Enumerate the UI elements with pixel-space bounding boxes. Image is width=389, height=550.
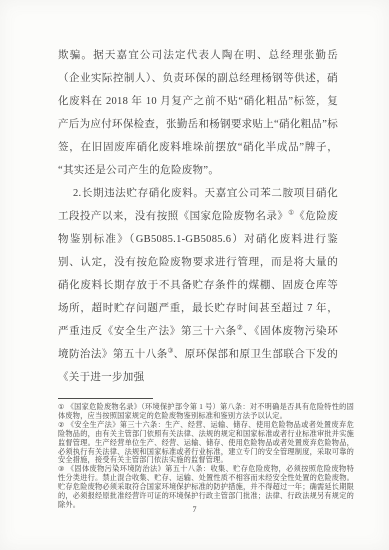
footnote-2-text: 《安全生产法》第三十六条：生产、经营、运输、储存、使用危险物品或者处置废弃危险物…: [58, 421, 354, 465]
footnote-2-marker: ②: [58, 421, 65, 429]
footnotes-block: ①《国家危险废物名录》（环境保护部令第 1 号）第八条：对不明确是否具有危险特性…: [58, 403, 354, 510]
footnote-1-marker: ①: [58, 403, 65, 411]
footnote-3: ③《固体废物污染环境防治法》第五十八条：收集、贮存危险废物，必须按照危险废物特性…: [58, 465, 354, 510]
main-text-block: 欺骗。据天嘉宜公司法定代表人陶在明、总经理张勤岳（企业实际控制人）、负责环保的副…: [58, 44, 338, 389]
page-number: 7: [0, 505, 389, 514]
footnote-2: ②《安全生产法》第三十六条：生产、经营、运输、储存、使用危险物品或者处置废弃危险…: [58, 421, 354, 466]
body-paragraph-continuation: 欺骗。据天嘉宜公司法定代表人陶在明、总经理张勤岳（企业实际控制人）、负责环保的副…: [58, 44, 338, 182]
footnote-1: ①《国家危险废物名录》（环境保护部令第 1 号）第八条：对不明确是否具有危险特性…: [58, 403, 354, 421]
footnote-separator-rule: [58, 398, 153, 399]
paragraph-text-segment: 《危险废物鉴别标准》（GB5085.1-GB5085.6）对硝化废料进行鉴别、认…: [58, 211, 338, 337]
footnote-1-text: 《国家危险废物名录》（环境保护部令第 1 号）第八条：对不明确是否具有危险特性的…: [58, 403, 354, 420]
footnote-3-text: 《固体废物污染环境防治法》第五十八条：收集、贮存危险废物，必须按照危险废物特性分…: [58, 465, 354, 509]
footnote-3-marker: ③: [58, 465, 65, 473]
scanned-document-page: 欺骗。据天嘉宜公司法定代表人陶在明、总经理张勤岳（企业实际控制人）、负责环保的副…: [0, 0, 389, 550]
body-paragraph-item-2: 2.长期违法贮存硝化废料。天嘉宜公司苯二胺项目硝化工段投产以来，没有按照《国家危…: [58, 182, 338, 389]
